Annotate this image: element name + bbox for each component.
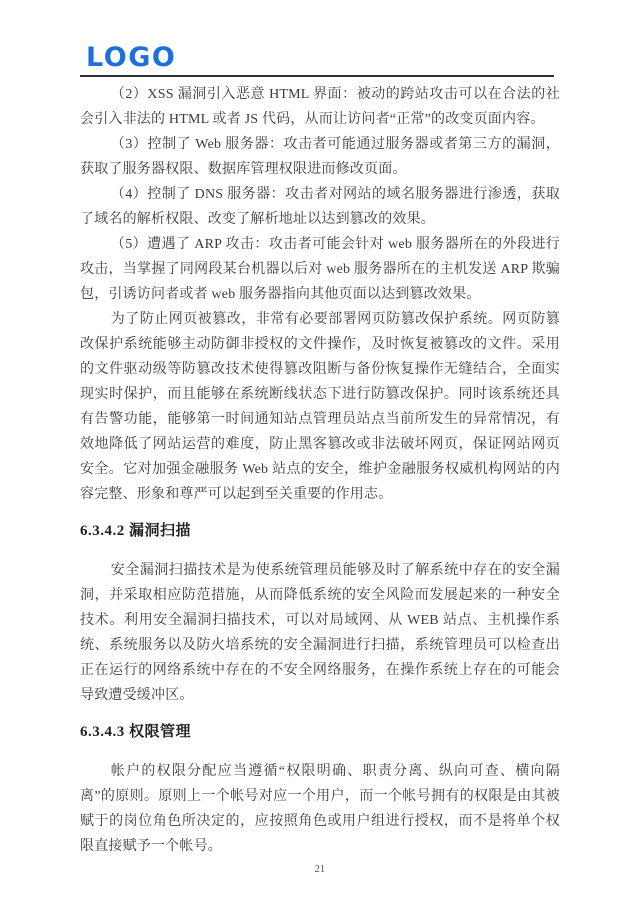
paragraph-dns-server: （4）控制了 DNS 服务器：攻击者对网站的域名服务器进行渗透，获取了域名的解析…	[80, 182, 560, 232]
paragraph-arp-attack: （5）遭遇了 ARP 攻击：攻击者可能会针对 web 服务器所在的外段进行攻击，…	[80, 232, 560, 307]
header-divider	[80, 75, 554, 77]
paragraph-xss: （2）XSS 漏洞引入恶意 HTML 界面：被动的跨站攻击可以在合法的社会引入非…	[80, 82, 560, 132]
section-heading-perm-mgmt: 6.3.4.3 权限管理	[80, 720, 560, 745]
paragraph-vuln-scan: 安全漏洞扫描技术是为使系统管理员能够及时了解系统中存在的安全漏洞，并采取相应防范…	[80, 558, 560, 708]
paragraph-web-server: （3）控制了 Web 服务器：攻击者可能通过服务器或者第三方的漏洞，获取了服务器…	[80, 132, 560, 182]
logo: LOGO	[86, 44, 176, 71]
paragraph-tamper-protect: 为了防止网页被篡改，非常有必要部署网页防篡改保护系统。网页防篡改保护系统能够主动…	[80, 307, 560, 507]
document-body: （2）XSS 漏洞引入恶意 HTML 界面：被动的跨站攻击可以在合法的社会引入非…	[80, 82, 560, 876]
document-page: LOGO （2）XSS 漏洞引入恶意 HTML 界面：被动的跨站攻击可以在合法的…	[0, 0, 640, 906]
page-number: 21	[80, 864, 560, 876]
paragraph-perm-mgmt: 帐户的权限分配应当遵循“权限明确、职责分离、纵向可查、横向隔离”的原则。原则上一…	[80, 759, 560, 859]
section-heading-vuln-scan: 6.3.4.2 漏洞扫描	[80, 519, 560, 544]
page-header: LOGO	[80, 44, 560, 77]
